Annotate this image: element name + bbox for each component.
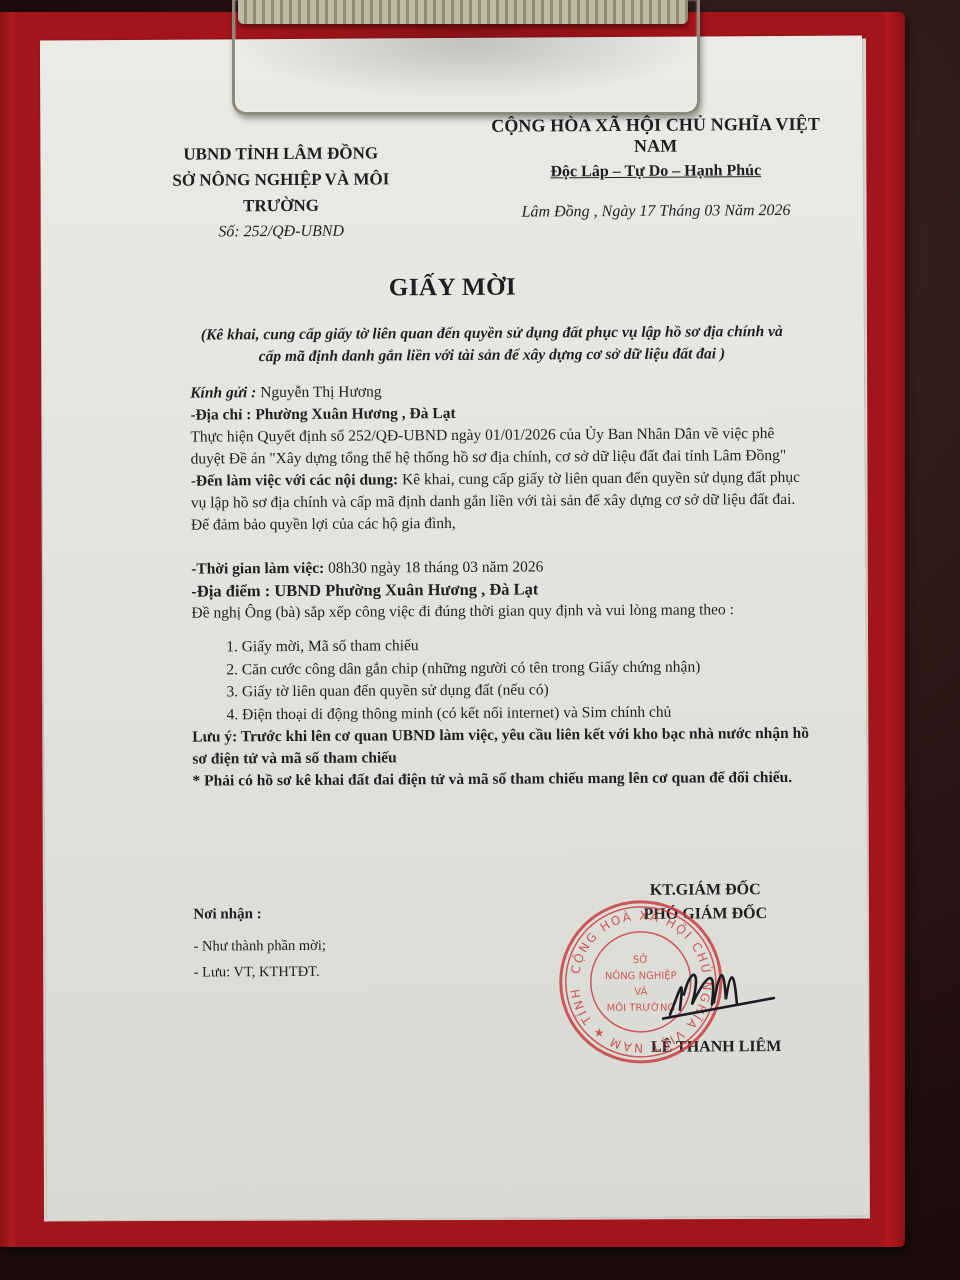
svg-text:VÀ: VÀ [634, 985, 647, 998]
document-content: UBND TỈNH LÂM ĐỒNG SỞ NÔNG NGHIỆP VÀ MÔI… [40, 35, 869, 1220]
request-paragraph: Đề nghị Ông (bà) sắp xếp công việc đi đú… [191, 599, 811, 625]
document-body: Kính gửi : Nguyễn Thị Hương -Địa chỉ : P… [190, 379, 812, 793]
content-paragraph: -Đến làm việc với các nội dung: Kê khai,… [191, 467, 811, 537]
document-number: Số: 252/QĐ-UBND [151, 218, 411, 246]
content-label: -Đến làm việc với các nội dung: [191, 471, 399, 489]
issuer-header: UBND TỈNH LÂM ĐỒNG SỞ NÔNG NGHIỆP VÀ MÔI… [151, 140, 412, 246]
address-value: Phường Xuân Hương , Đà Lạt [255, 405, 455, 423]
clipboard-clip-bar [238, 0, 688, 24]
folder-edge [885, 12, 905, 1247]
recipient-name: Nguyễn Thị Hương [260, 383, 381, 401]
handwritten-signature-icon [662, 954, 782, 1025]
issuer-line-3: TRƯỜNG [151, 192, 411, 220]
recipients-line: - Lưu: VT, KTHTĐT. [194, 959, 326, 986]
national-header: CỘNG HÒA XÃ HỘI CHỦ NGHĨA VIỆT NAM Độc L… [470, 114, 841, 222]
national-title: CỘNG HÒA XÃ HỘI CHỦ NGHĨA VIỆT NAM [470, 114, 840, 158]
required-items-list: Giấy mời, Mã số tham chiếu Căn cước công… [192, 633, 813, 727]
time-label: -Thời gian làm việc: [191, 560, 324, 578]
issuer-line-2: SỞ NÔNG NGHIỆP VÀ MÔI [151, 166, 411, 194]
national-motto: Độc Lâp – Tự Do – Hạnh Phúc [471, 162, 841, 182]
note-1: Lưu ý: Trước khi lên cơ quan UBND làm vi… [192, 723, 812, 771]
recipients-line: - Như thành phần mời; [193, 933, 325, 960]
issuer-line-1: UBND TỈNH LÂM ĐỒNG [151, 140, 411, 168]
address-label: -Địa chỉ : [190, 406, 251, 423]
recipients-label: Nơi nhận : [193, 901, 325, 928]
document-title: GIẤY MỜI [41, 271, 863, 304]
place-date: Lâm Đồng , Ngày 17 Tháng 03 Năm 2026 [471, 202, 841, 222]
time-value: 08h30 ngày 18 tháng 03 năm 2026 [324, 558, 543, 576]
document-subtitle: (Kê khai, cung cấp giấy tờ liên quan đến… [192, 321, 792, 369]
invitation-letter: UBND TỈNH LÂM ĐỒNG SỞ NÔNG NGHIỆP VÀ MÔI… [40, 35, 869, 1220]
svg-text:SỞ: SỞ [633, 952, 649, 966]
basis-paragraph: Thực hiện Quyết định số 252/QĐ-UBND ngày… [190, 423, 810, 471]
note-2: * Phải có hồ sơ kê khai đất đai điện tử … [192, 767, 812, 793]
recipient-label: Kính gửi : [190, 384, 256, 401]
recipients-block: Nơi nhận : - Như thành phần mời; - Lưu: … [193, 901, 326, 986]
